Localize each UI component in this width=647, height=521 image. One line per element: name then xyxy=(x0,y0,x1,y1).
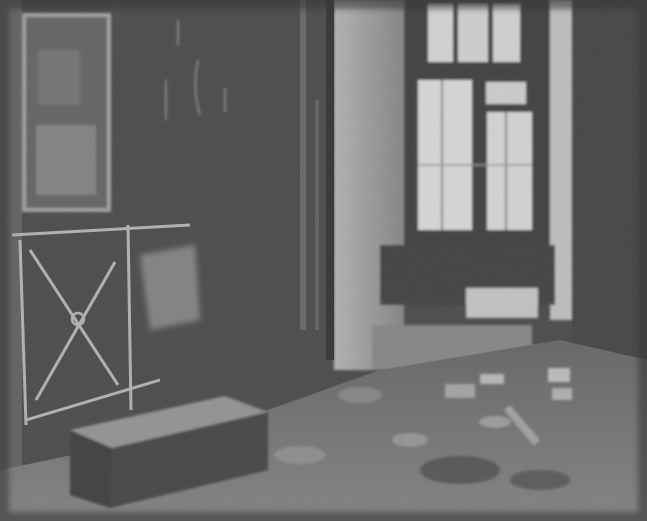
icon-panel xyxy=(38,50,80,105)
icon-panel xyxy=(36,125,96,195)
window-pane xyxy=(418,80,472,230)
window-pane xyxy=(487,112,532,230)
door-jamb xyxy=(315,100,319,330)
door-jamb xyxy=(300,0,306,330)
sill-light-patch xyxy=(466,288,538,318)
window-pane xyxy=(486,82,526,104)
wall-light-patch xyxy=(140,245,200,330)
window-pane xyxy=(458,4,488,62)
photograph xyxy=(0,0,647,521)
window-niche-left xyxy=(334,0,404,370)
wall-edge xyxy=(326,0,334,360)
window-pane xyxy=(428,4,453,62)
window-pane xyxy=(493,4,520,62)
